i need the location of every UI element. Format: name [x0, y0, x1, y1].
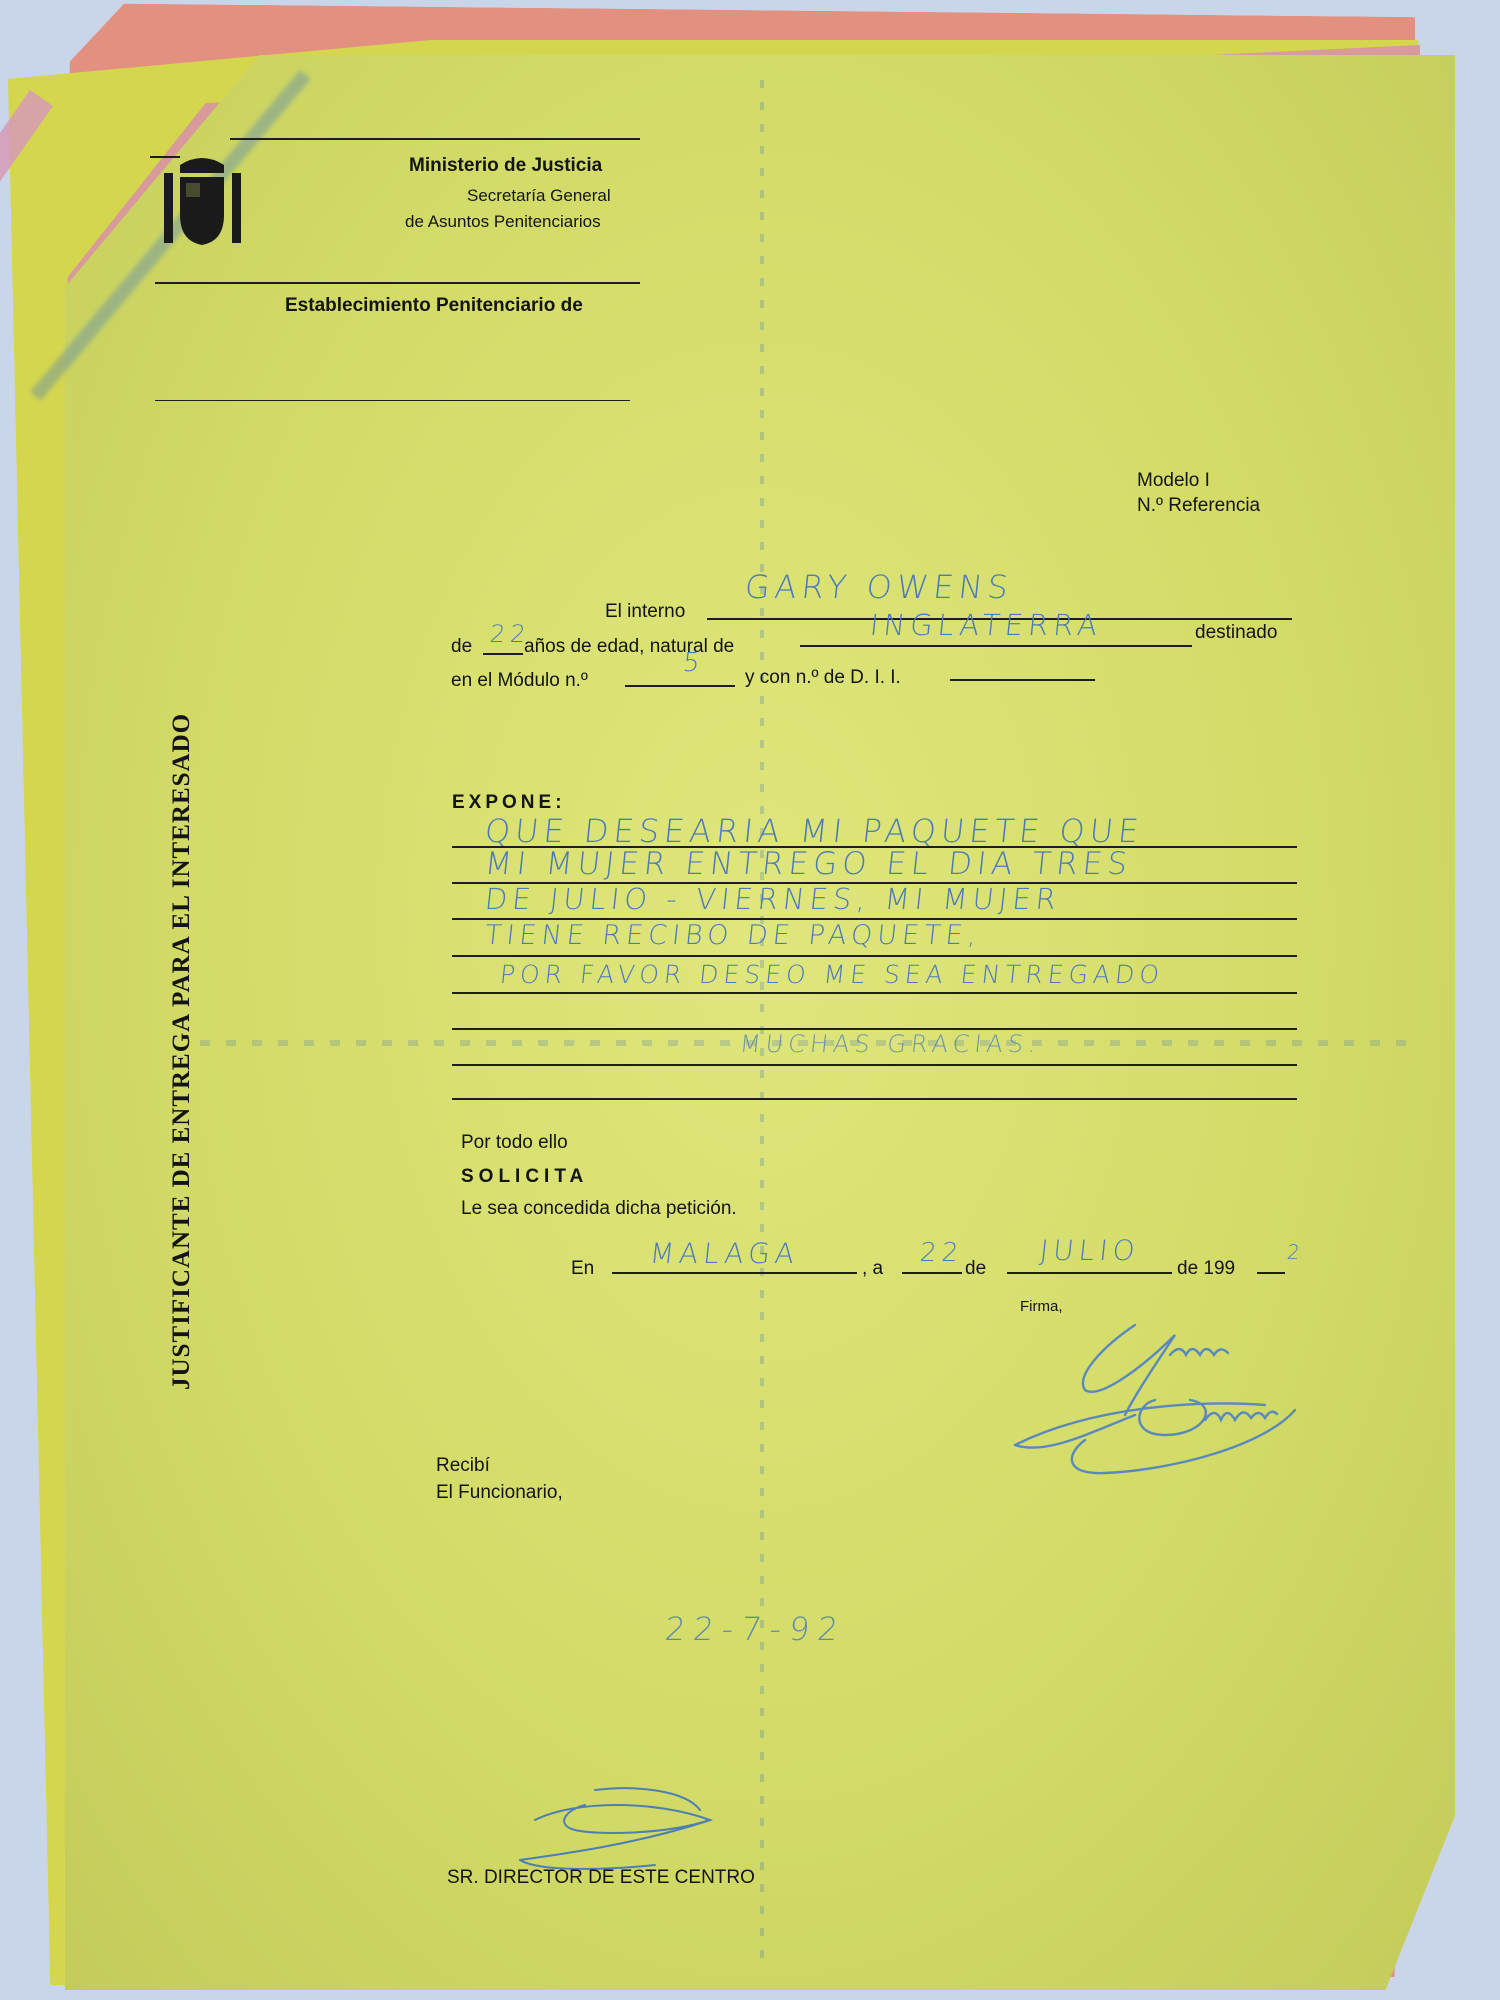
expone-rule-8: [452, 1098, 1297, 1100]
place-line: [612, 1272, 857, 1274]
funcionario-label: El Funcionario,: [436, 1482, 563, 1504]
expone-line-7[interactable]: MUCHAS GRACIAS.: [739, 1030, 1043, 1058]
age-line: [483, 653, 523, 655]
coat-of-arms-icon: [160, 155, 245, 250]
side-title: JUSTIFICANTE DE ENTREGA PARA EL INTERESA…: [168, 713, 196, 1390]
header-rule-middle: [155, 282, 640, 284]
signature-icon[interactable]: [1005, 1305, 1375, 1485]
expone-line-1[interactable]: QUE DESEARIA MI PAQUETE QUE: [483, 812, 1145, 850]
expone-line-3[interactable]: DE JULIO - VIERNES, MI MUJER: [483, 882, 1062, 916]
module-line: [625, 685, 735, 687]
inmate-module[interactable]: 5: [681, 648, 706, 678]
day-line: [902, 1272, 962, 1274]
destinado-label: destinado: [1195, 622, 1277, 644]
footer-addressee: SR. DIRECTOR DE ESTE CENTRO: [447, 1867, 755, 1889]
por-todo-label: Por todo ello: [461, 1132, 568, 1154]
secretaria-line2: de Asuntos Penitenciarios: [405, 212, 601, 232]
recibi-label: Recibí: [436, 1455, 490, 1477]
ministry-name: Ministerio de Justicia: [409, 155, 602, 177]
en-label: En: [571, 1258, 594, 1280]
establecimiento-line: [155, 400, 630, 401]
date-year-digit[interactable]: 2: [1286, 1240, 1306, 1264]
origin-line: [800, 645, 1192, 647]
date-month[interactable]: JULIO: [1038, 1234, 1141, 1267]
solicita-text: Le sea concedida dicha petición.: [461, 1198, 737, 1220]
inmate-origin[interactable]: INGLATERRA: [868, 608, 1104, 642]
modulo-label: en el Módulo n.º: [451, 670, 588, 692]
year-label: de 199: [1177, 1258, 1235, 1280]
expone-rule-7: [452, 1064, 1297, 1066]
year-line: [1257, 1272, 1285, 1274]
expone-heading: EXPONE:: [452, 792, 566, 814]
expone-line-4[interactable]: TIENE RECIBO DE PAQUETE,: [483, 920, 982, 951]
fold-crease-vertical: [760, 80, 764, 1960]
modelo-label: Modelo I: [1137, 470, 1210, 492]
expone-line-5[interactable]: POR FAVOR DESEO ME SEA ENTREGADO: [498, 960, 1165, 989]
date-place[interactable]: MALAGA: [648, 1237, 801, 1270]
date-day[interactable]: 22: [918, 1238, 964, 1268]
official-signature-icon: [515, 1760, 755, 1870]
a-label: , a: [862, 1258, 883, 1280]
interno-label: El interno: [605, 601, 685, 623]
dni-label: y con n.º de D. I. I.: [745, 667, 901, 689]
de-label: de: [451, 636, 472, 658]
establecimiento-label: Establecimiento Penitenciario de: [285, 295, 583, 317]
secretaria-line1: Secretaría General: [467, 186, 611, 206]
solicita-heading: SOLICITA: [461, 1166, 588, 1188]
expone-line-2[interactable]: MI MUJER ENTREGO EL DIA TRES: [483, 846, 1134, 882]
referencia-label: N.º Referencia: [1137, 495, 1260, 517]
month-line: [1007, 1272, 1172, 1274]
dni-line: [950, 679, 1095, 681]
de-month-label: de: [965, 1258, 986, 1280]
expone-rule-4: [452, 955, 1297, 957]
inmate-name[interactable]: GARY OWENS: [743, 568, 1015, 606]
stamp-date: 22-7-92: [663, 1610, 848, 1648]
header-rule-top: [230, 138, 640, 140]
expone-rule-5: [452, 992, 1297, 994]
